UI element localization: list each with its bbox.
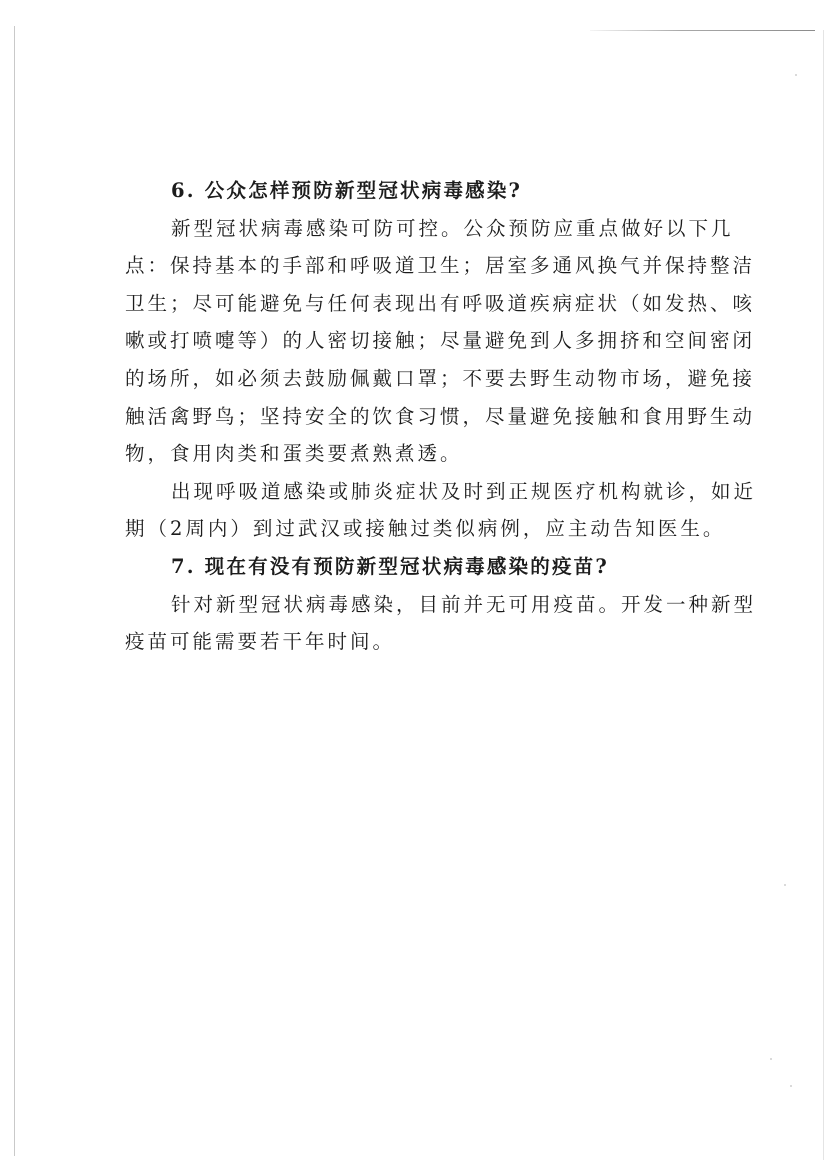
paragraph-line: 新型冠状病毒感染可防可控。公众预防应重点做好以下几	[125, 210, 720, 248]
paragraph-line: 的场所，如必须去鼓励佩戴口罩；不要去野生动物市场，避免接	[125, 360, 720, 398]
paragraph: 出现呼吸道感染或肺炎症状及时到正规医疗机构就诊，如近 期（2周内）到过武汉或接触…	[125, 473, 720, 548]
paragraph: 新型冠状病毒感染可防可控。公众预防应重点做好以下几 点：保持基本的手部和呼吸道卫…	[125, 210, 720, 473]
section-q6: 6. 公众怎样预防新型冠状病毒感染? 新型冠状病毒感染可防可控。公众预防应重点做…	[125, 172, 720, 548]
paragraph-line: 期（2周内）到过武汉或接触过类似病例，应主动告知医生。	[125, 510, 720, 548]
paragraph-line: 触活禽野鸟；坚持安全的饮食习惯，尽量避免接触和食用野生动	[125, 398, 720, 436]
scan-speck	[795, 74, 797, 76]
paragraph-line: 卫生；尽可能避免与任何表现出有呼吸道疾病症状（如发热、咳	[125, 285, 720, 323]
paragraph-line: 嗽或打喷嚏等）的人密切接触；尽量避免到人多拥挤和空间密闭	[125, 322, 720, 360]
section-q7: 7. 现在有没有预防新型冠状病毒感染的疫苗? 针对新型冠状病毒感染，目前并无可用…	[125, 548, 720, 661]
scan-speck	[784, 884, 786, 886]
paragraph: 针对新型冠状病毒感染，目前并无可用疫苗。开发一种新型 疫苗可能需要若干年时间。	[125, 586, 720, 661]
scan-artifact-line	[590, 30, 815, 31]
paragraph-line: 物，食用肉类和蛋类要煮熟煮透。	[125, 435, 720, 473]
section-heading: 6. 公众怎样预防新型冠状病毒感染?	[125, 172, 720, 210]
paragraph-line: 出现呼吸道感染或肺炎症状及时到正规医疗机构就诊，如近	[125, 473, 720, 511]
paragraph-line: 疫苗可能需要若干年时间。	[125, 623, 720, 661]
paragraph-line: 针对新型冠状病毒感染，目前并无可用疫苗。开发一种新型	[125, 586, 720, 624]
document-body: 6. 公众怎样预防新型冠状病毒感染? 新型冠状病毒感染可防可控。公众预防应重点做…	[125, 172, 720, 661]
scan-speck	[790, 1085, 792, 1087]
scan-speck	[770, 1058, 772, 1060]
paragraph-line: 点：保持基本的手部和呼吸道卫生；居室多通风换气并保持整洁	[125, 247, 720, 285]
scan-page-edge-right	[823, 30, 824, 1160]
scan-page-edge-left	[14, 26, 15, 1156]
section-heading: 7. 现在有没有预防新型冠状病毒感染的疫苗?	[125, 548, 720, 586]
